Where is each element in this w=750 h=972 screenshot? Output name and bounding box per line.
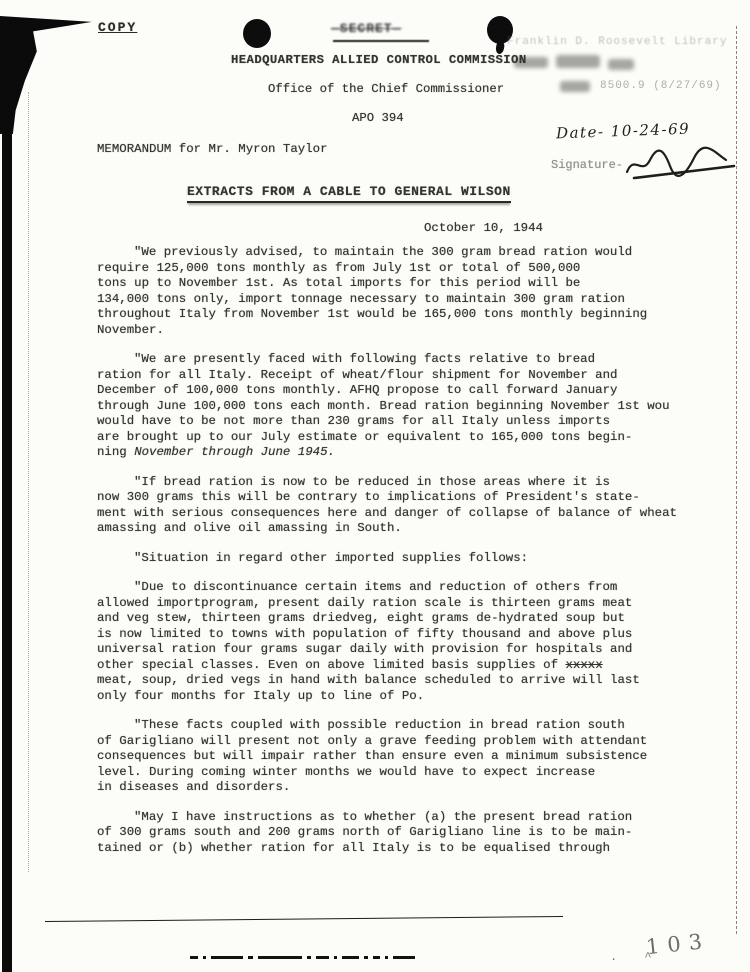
text-line: through June 100,000 tons each month. Br… xyxy=(97,399,727,415)
text-line: only four months for Italy up to line of… xyxy=(97,689,727,705)
text-line: tained or (b) whether ration for all Ita… xyxy=(97,841,727,857)
letterhead-headquarters: HEADQUARTERS ALLIED CONTROL COMMISSION xyxy=(231,53,527,67)
signature-scribble xyxy=(622,146,740,186)
classification-underline-mark xyxy=(333,40,429,42)
text-line: meat, soup, dried vegs in hand with bala… xyxy=(97,673,727,689)
letterhead-office: Office of the Chief Commissioner xyxy=(268,82,504,96)
text-line: now 300 grams this will be contrary to i… xyxy=(97,490,727,506)
stamp-illegible-mark xyxy=(560,81,590,92)
paragraph: "Situation in regard other imported supp… xyxy=(97,551,727,567)
text-line: consequences but will impair rather than… xyxy=(97,749,727,765)
handwritten-date-value: 10-24-69 xyxy=(610,120,690,141)
text-line: ment with serious consequences here and … xyxy=(97,506,727,522)
text-line: would have to be not more than 230 grams… xyxy=(97,414,727,430)
text-line: of Garigliano will present not only a gr… xyxy=(97,734,727,750)
text-line: "If bread ration is now to be reduced in… xyxy=(97,475,727,491)
letterhead-apo: APO 394 xyxy=(352,111,404,125)
text-line: and veg stew, thirteen grams driedveg, e… xyxy=(97,611,727,627)
text-line: "These facts coupled with possible reduc… xyxy=(97,718,727,734)
text-line: "Due to discontinuance certain items and… xyxy=(97,580,727,596)
paragraph: "We previously advised, to maintain the … xyxy=(97,245,727,338)
paragraph: "We are presently faced with following f… xyxy=(97,352,727,461)
text-line: universal ration four grams sugar daily … xyxy=(97,642,727,658)
text-line: require 125,000 tons monthly as from Jul… xyxy=(97,261,727,277)
text-line: in diseases and disorders. xyxy=(97,780,727,796)
struck-classification: —SECRET— xyxy=(331,21,401,36)
copy-label: COPY xyxy=(98,20,137,35)
paragraph: "These facts coupled with possible reduc… xyxy=(97,718,727,796)
text-line: "We previously advised, to maintain the … xyxy=(97,245,727,261)
text-line: other special classes. Even on above lim… xyxy=(97,658,727,674)
body-text: "We previously advised, to maintain the … xyxy=(97,245,727,870)
text-line: amassing and olive oil amassing in South… xyxy=(97,521,727,537)
page-number: 103 xyxy=(645,929,711,960)
text-line: "Situation in regard other imported supp… xyxy=(97,551,727,567)
memo-line: MEMORANDUM for Mr. Myron Taylor xyxy=(97,142,328,156)
text-line: ration for all Italy. Receipt of wheat/f… xyxy=(97,368,727,384)
paragraph: "May I have instructions as to whether (… xyxy=(97,810,727,857)
text-line: November. xyxy=(97,323,727,339)
text-line: allowed importprogram, present daily rat… xyxy=(97,596,727,612)
text-line: of 300 grams south and 200 grams north o… xyxy=(97,825,727,841)
cable-title: EXTRACTS FROM A CABLE TO GENERAL WILSON xyxy=(187,184,511,203)
paragraph: "Due to discontinuance certain items and… xyxy=(97,580,727,704)
text-line: level. During coming winter months we wo… xyxy=(97,765,727,781)
text-line: tons up to November 1st. As total import… xyxy=(97,276,727,292)
left-fold-dotted-line xyxy=(28,92,29,872)
punch-hole-left xyxy=(243,19,271,48)
text-line: "May I have instructions as to whether (… xyxy=(97,810,727,826)
corner-blob-artifact xyxy=(0,16,92,134)
stamp-illegible-mark xyxy=(556,55,600,68)
text-line: are brought up to our July estimate or e… xyxy=(97,430,727,446)
left-edge-scan-artifact xyxy=(2,22,12,972)
scanned-memo-page: COPY —SECRET— Franklin D. Roosevelt Libr… xyxy=(0,0,750,972)
archive-stamp-line3: 8500.9 (8/27/69) xyxy=(600,80,722,92)
handwritten-date: Date- 10-24-69 xyxy=(556,120,691,143)
text-line: 134,000 tons only, import tonnage necess… xyxy=(97,292,727,308)
text-line: ning November through June 1945. xyxy=(97,445,727,461)
cutoff-text-artifact xyxy=(190,956,415,959)
handwritten-date-label: Date- xyxy=(556,123,605,143)
text-line: is now limited to towns with population … xyxy=(97,627,727,643)
paragraph: "If bread ration is now to be reduced in… xyxy=(97,475,727,537)
text-line: throughout Italy from November 1st would… xyxy=(97,307,727,323)
text-line: December of 100,000 tons monthly. AFHQ p… xyxy=(97,383,727,399)
text-line: "We are presently faced with following f… xyxy=(97,352,727,368)
cable-date: October 10, 1944 xyxy=(424,221,543,235)
signature-label: Signature- xyxy=(551,158,623,172)
archive-stamp-line1: Franklin D. Roosevelt Library xyxy=(507,36,727,48)
bottom-scan-line xyxy=(45,916,563,922)
stamp-illegible-mark xyxy=(608,59,634,70)
